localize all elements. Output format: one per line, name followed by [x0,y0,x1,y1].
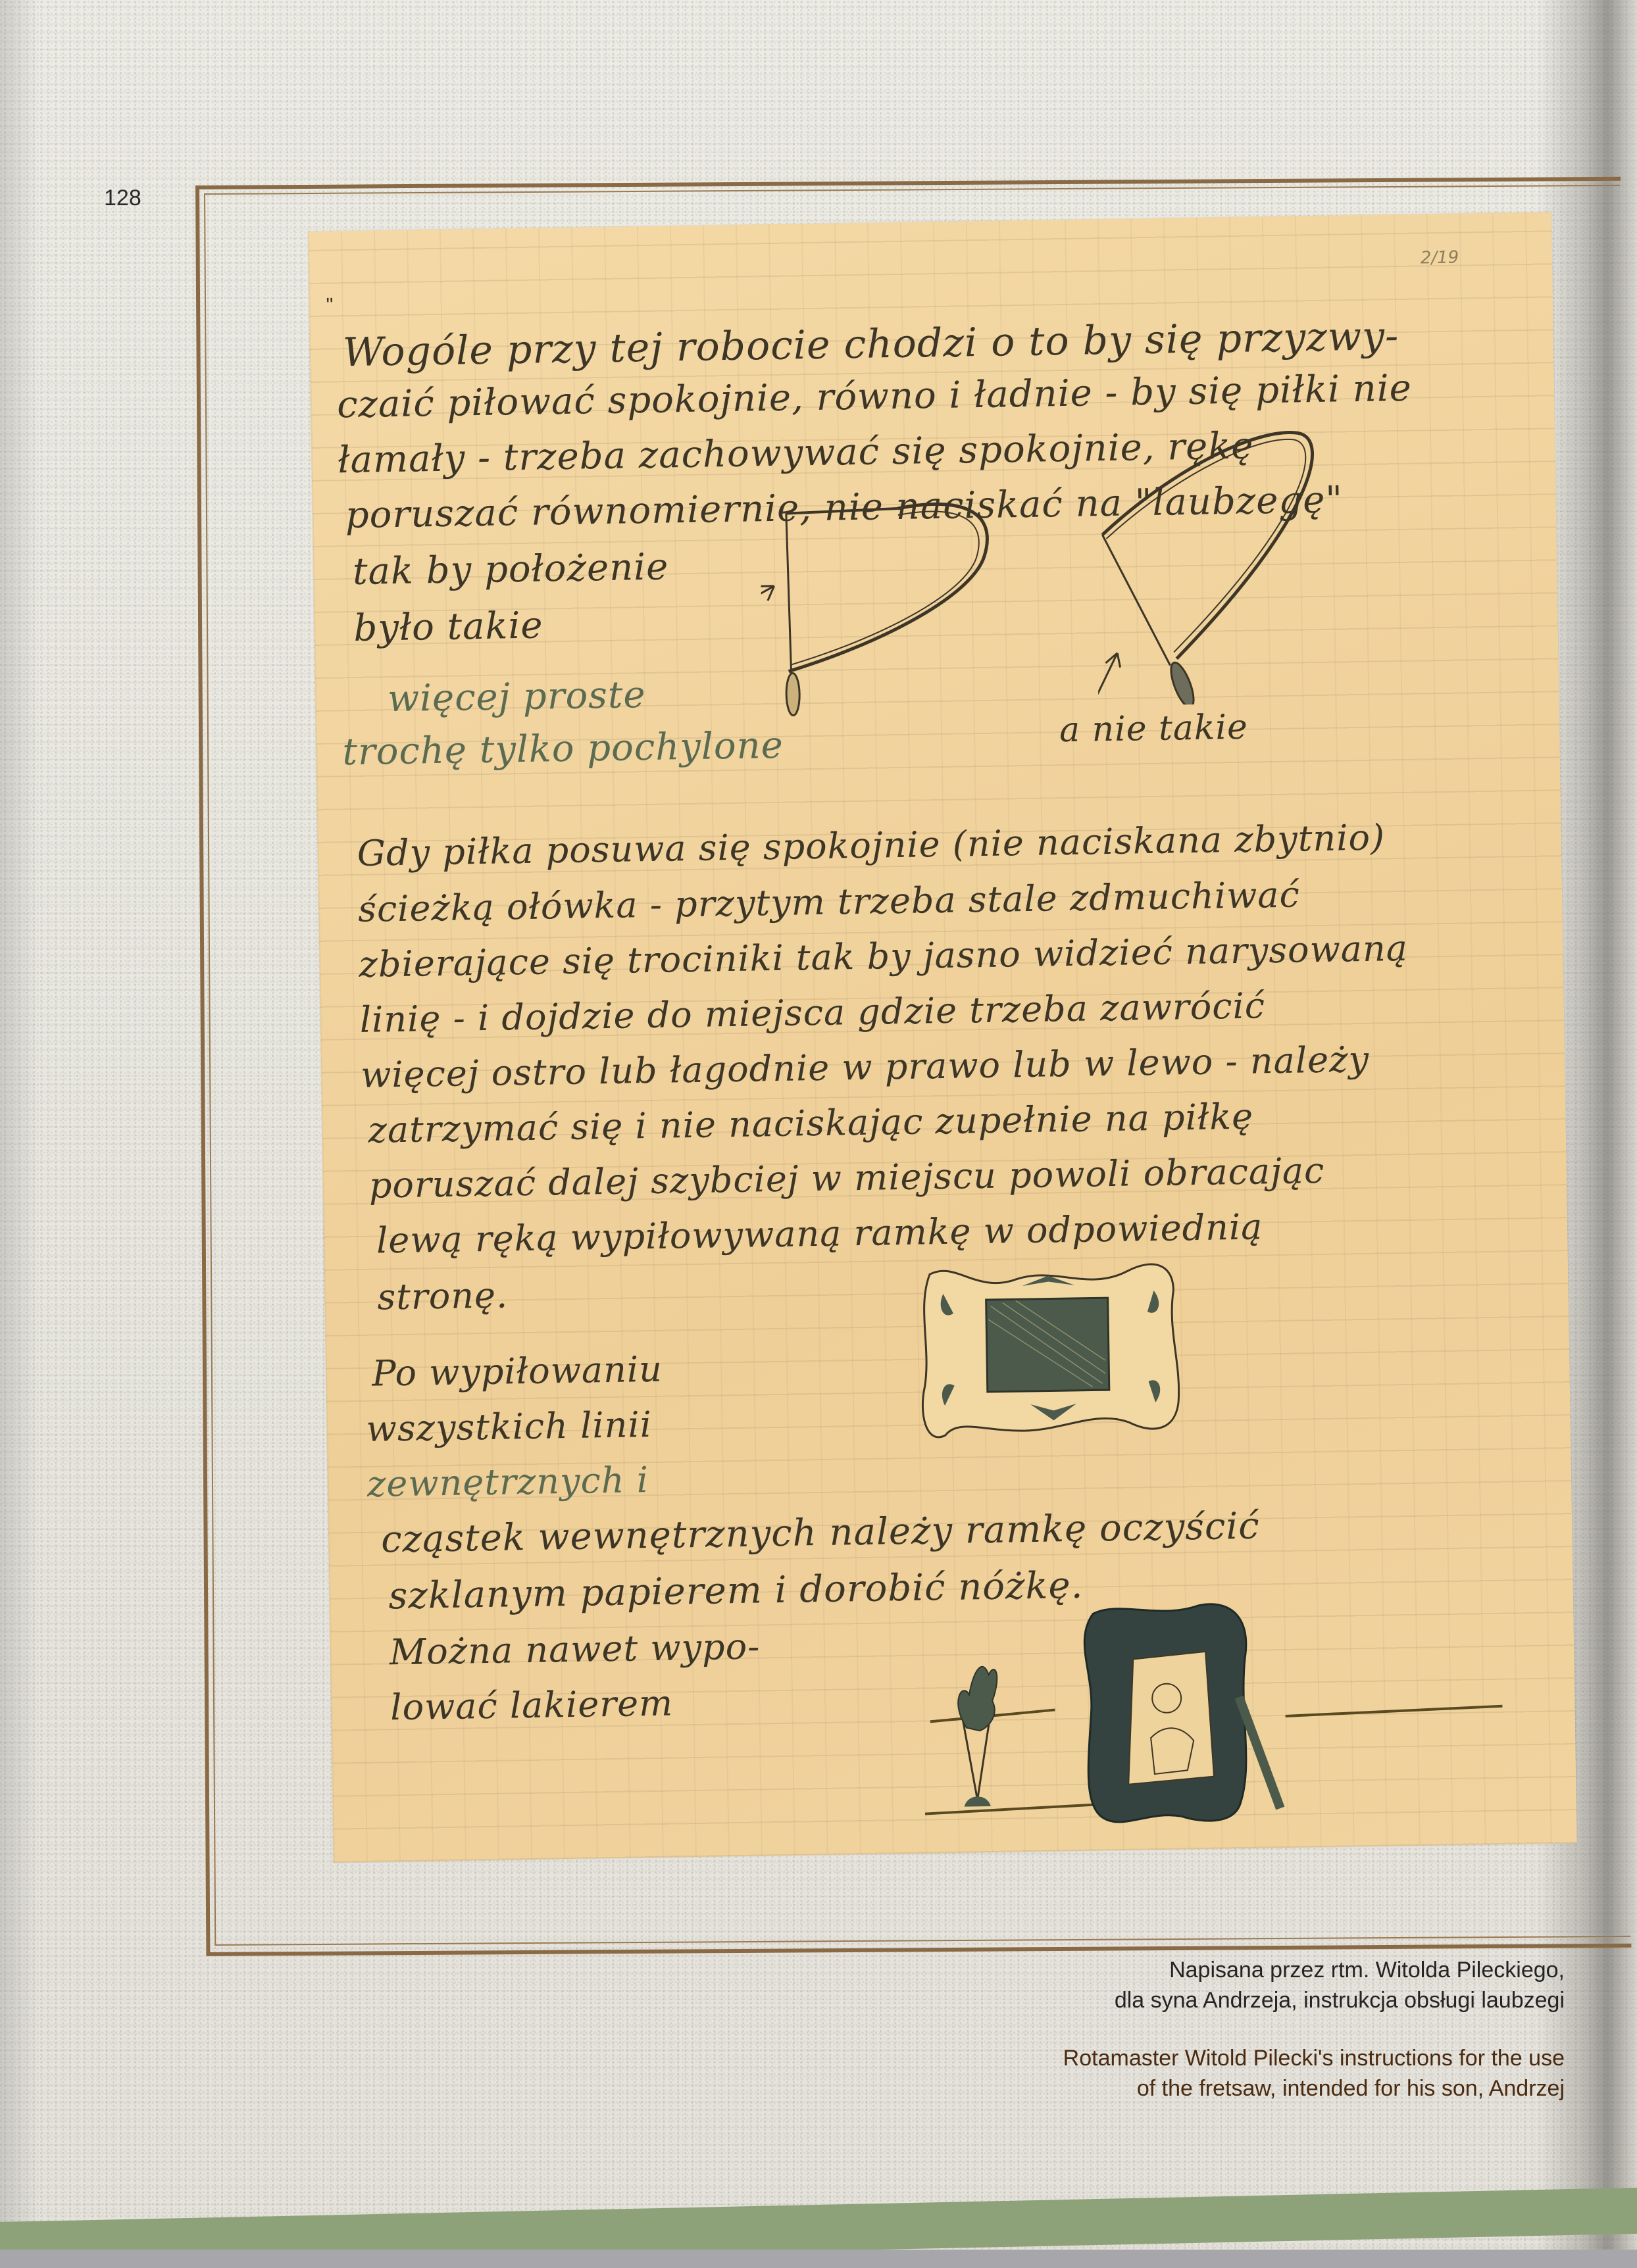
letter-line: cząstek wewnętrznych należy ramkę oczyśc… [381,1505,1260,1562]
corner-mark: " [326,294,334,316]
letter-line: zatrzymać się i nie naciskając zupełnie … [368,1096,1254,1151]
caption-polish-line-1: Napisana przez rtm. Witolda Pileckiego, [1115,1955,1565,1985]
saw-note: było takie [353,604,543,650]
wrong-saw-label: a nie takie [1059,708,1249,750]
fretsaw-upright-drawing [760,497,1040,718]
letter-line: Gdy piłka posuwa się spokojnie (nie naci… [357,816,1385,874]
finished-frame-scene [922,1594,1518,1840]
letter-line: czaić piłować spokojnie, równo i ładnie … [337,367,1413,427]
letter-line: stronę. [377,1274,509,1318]
letter-line: Można nawet wypo- [389,1625,760,1673]
potted-plant-drawing [922,1665,1096,1813]
saw-note: więcej proste [388,674,646,720]
letter-line: ścieżką ołówka - przytym trzeba stale zd… [358,874,1300,929]
letter-line: zbierające się trociniki tak by jasno wi… [359,927,1408,985]
caption-english-line-2: of the fretsaw, intended for his son, An… [1063,2073,1565,2104]
letter-line: wszystkich linii [366,1404,652,1450]
page-number: 128 [104,185,141,211]
letter-line: Wogóle przy tej robocie chodzi o to by s… [342,313,1399,376]
page-left-edge [0,0,39,2268]
letter-line: zewnętrznych i [366,1459,649,1505]
saw-note: trochę tylko pochylone [342,724,784,774]
ornamental-frame-drawing [917,1250,1196,1446]
letter-line: poruszać dalej szybciej w miejscu powoli… [368,1150,1324,1206]
letter-line: Po wypiłowaniu [372,1348,663,1394]
standing-picture-frame-drawing [1084,1600,1504,1823]
scan-background [0,2250,1637,2268]
letter-line: więcej ostro lub łagodnie w prawo lub w … [361,1039,1370,1096]
letter-line: lować lakierem [390,1683,674,1729]
caption-polish-line-2: dla syna Andrzeja, instrukcja obsługi la… [1115,1985,1565,2015]
handwritten-letter: " 2/19 Wogóle przy tej robocie chodzi o … [308,212,1577,1862]
caption-polish: Napisana przez rtm. Witolda Pileckiego, … [1115,1955,1565,2015]
archive-number: 2/19 [1421,248,1459,268]
fretsaw-tilted-drawing [1094,419,1375,706]
saw-note: tak by położenie [353,545,669,593]
caption-english: Rotamaster Witold Pilecki's instructions… [1063,2043,1565,2104]
letter-line: linię - i dojdzie do miejsca gdzie trzeb… [359,985,1265,1041]
caption-english-line-1: Rotamaster Witold Pilecki's instructions… [1063,2043,1565,2073]
